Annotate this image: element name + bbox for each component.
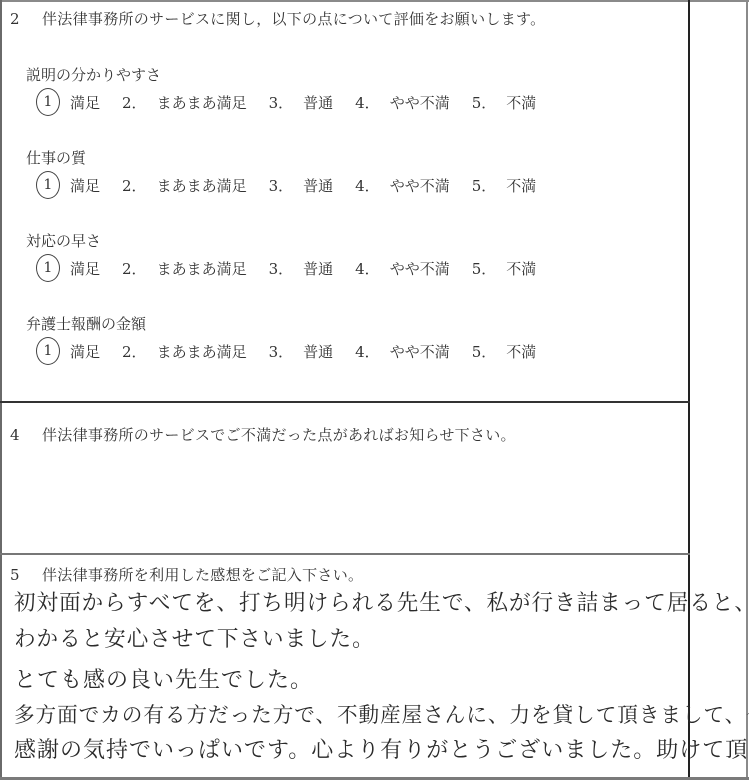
handwritten-answer-line: 多方面でカの有る方だった方で、不動産屋さんに、力を貸して頂きまして、今は、 xyxy=(14,699,749,729)
question-5-title: 5伴法律事務所を利用した感想をご記入下さい。 xyxy=(10,564,363,585)
option-dissatisfied[interactable]: 5．不満 xyxy=(472,258,537,279)
question-4-answer-area[interactable] xyxy=(14,452,674,544)
option-somewhat-dissatisfied[interactable]: 4．やや不満 xyxy=(355,92,450,113)
handwritten-answer-line: 初対面からすべてを、打ち明けられる先生で、私が行き詰まって居ると、 xyxy=(14,586,749,617)
handwritten-answer-line: とても感の良い先生でした。 xyxy=(14,663,313,694)
border-right-column xyxy=(688,0,690,780)
question-number: 5 xyxy=(10,566,42,584)
option-somewhat-dissatisfied[interactable]: 4．やや不満 xyxy=(355,341,450,362)
option-satisfied[interactable]: 1満足 xyxy=(40,337,100,365)
option-satisfied[interactable]: 1満足 xyxy=(40,171,100,199)
question-text: 伴法律事務所のサービスに関し，以下の点について評価をお願いします。 xyxy=(42,10,545,28)
handwritten-answer-line: 感謝の気持でいっぱいです。心より有りがとうございました。助けて頂きました。 xyxy=(14,733,749,764)
selected-circle-mark: 1 xyxy=(36,254,60,282)
border-right-outer xyxy=(746,0,748,780)
rating-item-label: 弁護士報酬の金額 xyxy=(26,313,146,334)
question-text: 伴法律事務所を利用した感想をご記入下さい。 xyxy=(42,566,363,584)
option-dissatisfied[interactable]: 5．不満 xyxy=(472,92,537,113)
rating-item-label: 説明の分かりやすさ xyxy=(26,64,161,85)
question-number: 4 xyxy=(10,426,42,444)
rating-item-label: 仕事の質 xyxy=(26,147,86,168)
section-divider-q4-q5 xyxy=(0,553,690,555)
option-fairly-satisfied[interactable]: 2．まあまあ満足 xyxy=(122,341,247,362)
option-dissatisfied[interactable]: 5．不満 xyxy=(472,341,537,362)
rating-options-row: 1満足 2．まあまあ満足 3．普通 4．やや不満 5．不満 xyxy=(40,254,558,282)
option-fairly-satisfied[interactable]: 2．まあまあ満足 xyxy=(122,175,247,196)
survey-form-page: 2伴法律事務所のサービスに関し，以下の点について評価をお願いします。 説明の分か… xyxy=(0,0,749,780)
option-neutral[interactable]: 3．普通 xyxy=(269,175,334,196)
border-left xyxy=(0,0,2,780)
rating-options-row: 1満足 2．まあまあ満足 3．普通 4．やや不満 5．不満 xyxy=(40,337,558,365)
selected-circle-mark: 1 xyxy=(36,337,60,365)
option-neutral[interactable]: 3．普通 xyxy=(269,258,334,279)
handwritten-answer-line: わかると安心させて下さいました。 xyxy=(14,622,375,653)
rating-options-row: 1満足 2．まあまあ満足 3．普通 4．やや不満 5．不満 xyxy=(40,88,558,116)
option-satisfied[interactable]: 1満足 xyxy=(40,88,100,116)
option-somewhat-dissatisfied[interactable]: 4．やや不満 xyxy=(355,175,450,196)
option-somewhat-dissatisfied[interactable]: 4．やや不満 xyxy=(355,258,450,279)
selected-circle-mark: 1 xyxy=(36,88,60,116)
border-top xyxy=(0,0,749,2)
option-satisfied[interactable]: 1満足 xyxy=(40,254,100,282)
option-neutral[interactable]: 3．普通 xyxy=(269,341,334,362)
question-number: 2 xyxy=(10,10,42,28)
option-neutral[interactable]: 3．普通 xyxy=(269,92,334,113)
rating-options-row: 1満足 2．まあまあ満足 3．普通 4．やや不満 5．不満 xyxy=(40,171,558,199)
option-fairly-satisfied[interactable]: 2．まあまあ満足 xyxy=(122,92,247,113)
question-4-title: 4伴法律事務所のサービスでご不満だった点があればお知らせ下さい。 xyxy=(10,424,516,445)
question-2-title: 2伴法律事務所のサービスに関し，以下の点について評価をお願いします。 xyxy=(10,8,545,29)
selected-circle-mark: 1 xyxy=(36,171,60,199)
rating-item-label: 対応の早さ xyxy=(26,230,101,251)
option-fairly-satisfied[interactable]: 2．まあまあ満足 xyxy=(122,258,247,279)
option-dissatisfied[interactable]: 5．不満 xyxy=(472,175,537,196)
question-text: 伴法律事務所のサービスでご不満だった点があればお知らせ下さい。 xyxy=(42,426,516,444)
section-divider-q2-q4 xyxy=(0,401,690,403)
